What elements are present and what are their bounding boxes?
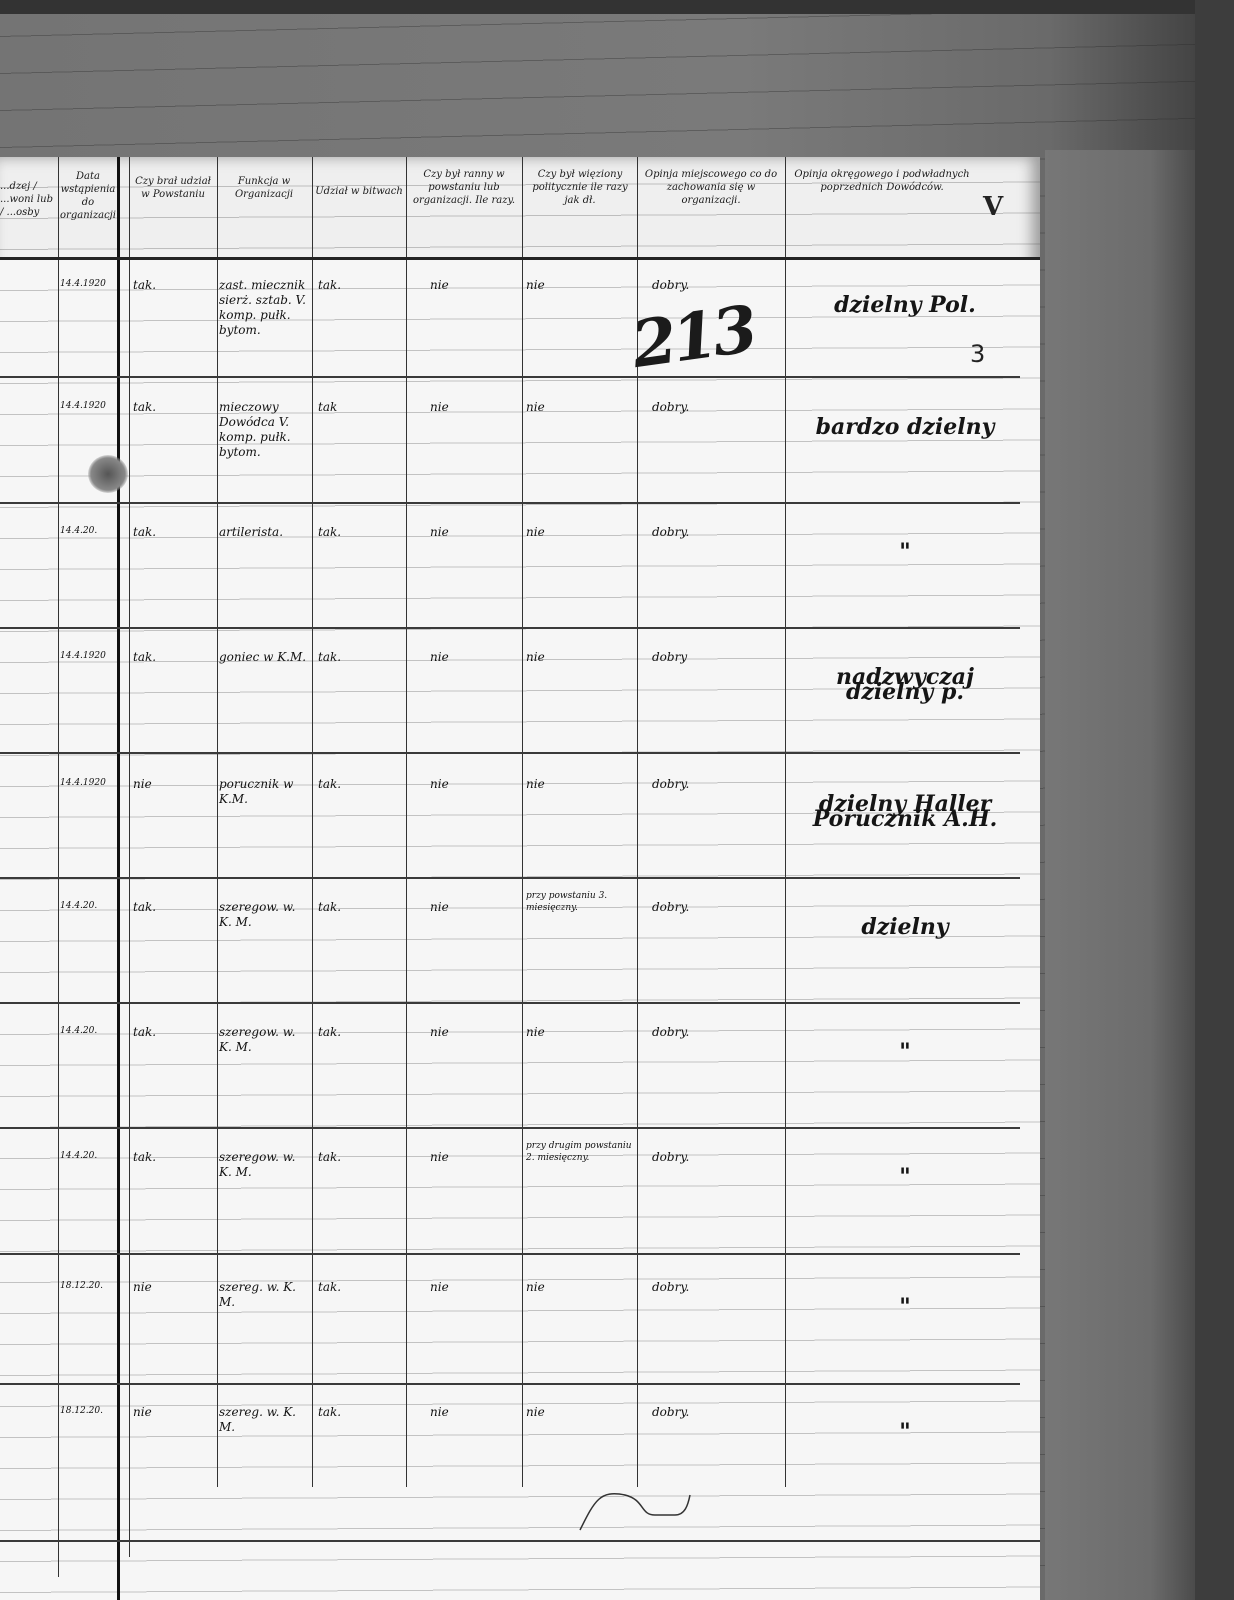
- cell-date-joined: 18.12.20.: [60, 1280, 116, 1292]
- cell-wounded: nie: [430, 1025, 520, 1040]
- cell-uprising: tak.: [133, 1150, 213, 1165]
- ink-flourish: [540, 1470, 740, 1540]
- cell-fights: tak.: [318, 525, 404, 540]
- scan-right-edge: [1195, 0, 1234, 1600]
- cell-imprisoned: nie: [526, 1280, 634, 1295]
- cell-imprisoned: nie: [526, 650, 634, 665]
- cell-uprising: nie: [133, 1405, 213, 1420]
- header-fights: Udział w bitwach: [314, 185, 404, 198]
- cell-function: szereg. w. K. M.: [219, 1405, 311, 1435]
- cell-district-opinion: dzielny Haller Porucznik A.H.: [790, 797, 1020, 827]
- cell-local-opinion: dobry.: [652, 525, 782, 540]
- header-local-opinion: Opinja miejscowego co do zachowania się …: [639, 168, 783, 207]
- cell-local-opinion: dobry.: [652, 1025, 782, 1040]
- cell-imprisoned: nie: [526, 525, 634, 540]
- cell-wounded: nie: [430, 278, 520, 293]
- cell-date-joined: 14.4.20.: [60, 1025, 116, 1037]
- cell-district-opinion: bardzo dzielny: [790, 420, 1020, 435]
- cell-date-joined: 14.4.20.: [60, 525, 116, 537]
- column-rule: [785, 157, 786, 1487]
- cell-district-opinion: ": [790, 1170, 1020, 1185]
- column-rule: [217, 157, 218, 1487]
- cell-function: szereg. w. K. M.: [219, 1280, 311, 1310]
- cell-function: artilerista.: [219, 525, 311, 540]
- column-rule: [312, 157, 313, 1487]
- cell-imprisoned: przy powstaniu 3. miesięczny.: [526, 890, 634, 914]
- cell-uprising: tak.: [133, 1025, 213, 1040]
- cell-fights: tak.: [318, 278, 404, 293]
- cell-fights: tak.: [318, 777, 404, 792]
- column-rule: [58, 157, 59, 1577]
- cell-function: porucznik w K.M.: [219, 777, 311, 807]
- cell-district-opinion: ": [790, 1425, 1020, 1440]
- cell-local-opinion: dobry.: [652, 777, 782, 792]
- cell-date-joined: 14.4.20.: [60, 900, 116, 912]
- cell-date-joined: 14.4.1920: [60, 777, 116, 789]
- cell-uprising: tak.: [133, 525, 213, 540]
- cell-uprising: tak.: [133, 400, 213, 415]
- column-rule: [522, 157, 523, 1487]
- cell-uprising: nie: [133, 777, 213, 792]
- header-district-opinion: Opinja okręgowego i podwładnych poprzedn…: [787, 168, 977, 194]
- cell-function: zast. miecznik sierż. sztab. V. komp. pu…: [219, 278, 311, 338]
- cell-district-opinion: dzielny: [790, 920, 1020, 935]
- cell-fights: tak.: [318, 900, 404, 915]
- cell-fights: tak.: [318, 1025, 404, 1040]
- header-date-joined: Data wstąpienia do organizacji: [60, 170, 116, 222]
- row-rule: [0, 627, 1020, 629]
- cell-date-joined: 14.4.1920: [60, 400, 116, 412]
- cell-district-opinion: ": [790, 1045, 1020, 1060]
- cell-function: szeregow. w. K. M.: [219, 1150, 311, 1180]
- row-rule: [0, 1253, 1020, 1255]
- cell-wounded: nie: [430, 400, 520, 415]
- cell-local-opinion: dobry.: [652, 278, 782, 293]
- row-rule: [0, 502, 1020, 504]
- cell-function: szeregow. w. K. M.: [219, 900, 311, 930]
- cell-fights: tak: [318, 400, 404, 415]
- scan-top-edge: [0, 0, 1234, 14]
- row-rule: [0, 877, 1020, 879]
- cell-imprisoned: nie: [526, 777, 634, 792]
- cell-district-opinion: nadzwyczaj dzielny p.: [790, 670, 1020, 700]
- cell-district-opinion: ": [790, 545, 1020, 560]
- facing-page-shadow: [1045, 150, 1195, 1600]
- cell-uprising: tak.: [133, 900, 213, 915]
- row-rule: [0, 376, 1020, 378]
- cell-function: mieczowy Dowódca V. komp. pułk. bytom.: [219, 400, 311, 460]
- column-rule: [406, 157, 407, 1487]
- header-left-partial: ...dzej / ...woni lub / ...osby: [0, 180, 56, 219]
- cell-wounded: nie: [430, 1405, 520, 1420]
- row-rule: [0, 1127, 1020, 1129]
- page-number: 3: [970, 340, 985, 368]
- ink-stain: [88, 455, 128, 493]
- cell-local-opinion: dobry.: [652, 1405, 782, 1420]
- cell-wounded: nie: [430, 525, 520, 540]
- cell-imprisoned: nie: [526, 1405, 634, 1420]
- row-rule: [0, 1383, 1020, 1385]
- cell-local-opinion: dobry.: [652, 1280, 782, 1295]
- cell-wounded: nie: [430, 1280, 520, 1295]
- cell-uprising: tak.: [133, 278, 213, 293]
- cell-local-opinion: dobry.: [652, 1150, 782, 1165]
- cell-fights: tak.: [318, 1405, 404, 1420]
- cell-fights: tak.: [318, 650, 404, 665]
- cell-function: szeregow. w. K. M.: [219, 1025, 311, 1055]
- header-rule: [0, 257, 1040, 260]
- cell-uprising: nie: [133, 1280, 213, 1295]
- header-function: Funkcja w Organizacji: [219, 175, 309, 201]
- cell-wounded: nie: [430, 1150, 520, 1165]
- cell-imprisoned: nie: [526, 278, 634, 293]
- cell-local-opinion: dobry.: [652, 900, 782, 915]
- cell-imprisoned: nie: [526, 1025, 634, 1040]
- cell-function: goniec w K.M.: [219, 650, 311, 665]
- cell-date-joined: 14.4.1920: [60, 650, 116, 662]
- cell-district-opinion: dzielny Pol.: [790, 298, 1020, 313]
- cell-district-opinion: ": [790, 1300, 1020, 1315]
- row-rule: [0, 1540, 1040, 1542]
- cell-local-opinion: dobry.: [652, 400, 782, 415]
- cell-date-joined: 14.4.1920: [60, 278, 116, 290]
- cell-wounded: nie: [430, 900, 520, 915]
- cell-imprisoned: nie: [526, 400, 634, 415]
- column-rule: [129, 157, 130, 1557]
- cell-imprisoned: przy drugim powstaniu 2. miesięczny.: [526, 1140, 634, 1164]
- row-rule: [0, 1002, 1020, 1004]
- cell-date-joined: 18.12.20.: [60, 1405, 116, 1417]
- cell-wounded: nie: [430, 777, 520, 792]
- cell-local-opinion: dobry: [652, 650, 782, 665]
- cell-fights: tak.: [318, 1280, 404, 1295]
- cell-wounded: nie: [430, 650, 520, 665]
- header-imprisoned: Czy był więziony politycznie ile razy ja…: [524, 168, 636, 207]
- roman-numeral-marker: V: [983, 192, 1003, 222]
- cell-fights: tak.: [318, 1150, 404, 1165]
- cell-date-joined: 14.4.20.: [60, 1150, 116, 1162]
- row-rule: [0, 752, 1020, 754]
- cell-uprising: tak.: [133, 650, 213, 665]
- header-wounded: Czy był ranny w powstaniu lub organizacj…: [408, 168, 520, 207]
- header-uprising: Czy brał udział w Powstaniu: [131, 175, 215, 201]
